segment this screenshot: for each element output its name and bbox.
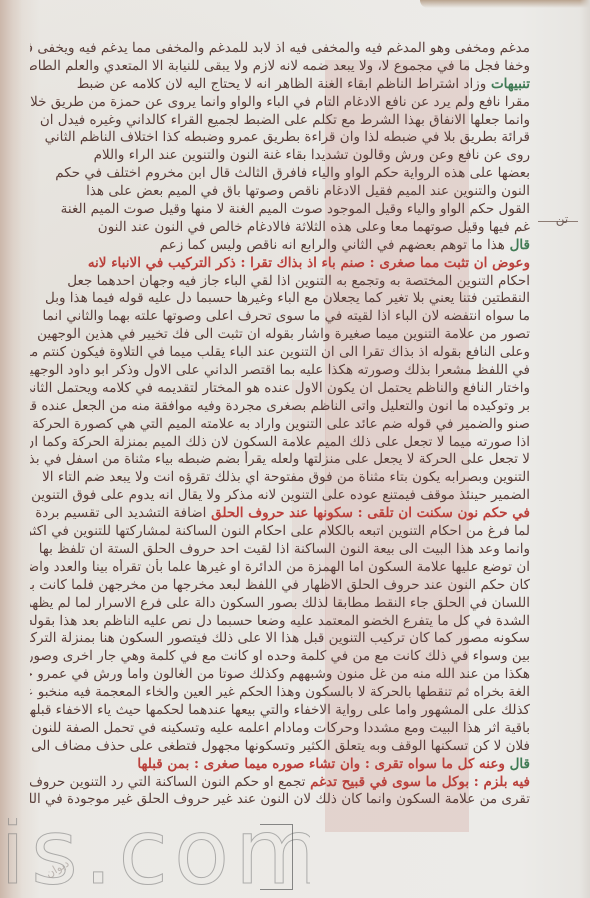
manuscript-line: تقرى من علامة السكون وانما كان ذلك لان ا… [30, 791, 530, 809]
line-text: ما سواه انتفضه لان الباء اذا لقيته في ما… [43, 308, 530, 324]
section-heading: تنبيهات [486, 76, 530, 92]
line-text: وعنه كل ما سواه تقرى : وان تشاء صوره ميم… [137, 756, 505, 772]
line-text: غم فيها وقيل صوتهما معا وعلى هذه الثلاثة… [98, 219, 530, 235]
manuscript-line: بعضها على هذه الرواية حكم الواو والياء ف… [30, 165, 530, 183]
line-text: فلان لا كن تسكنها الوقف وبه يتعلق الكثير… [30, 738, 530, 754]
manuscript-line: احكام التنوين المختصة به وتجمع به التنوي… [30, 273, 530, 291]
manuscript-line: في حكم نون سكنت ان تلقى : سكونها عند حرو… [30, 505, 530, 523]
margin-note: تن [540, 212, 584, 226]
section-heading: قال [505, 237, 530, 253]
manuscript-line: ان توضع عليها علامة السكون اما الهمزة من… [30, 559, 530, 577]
manuscript-line: تصور من علامة التنوين ميما صغيرة واشار ب… [30, 326, 530, 344]
manuscript-line: وخفا فجل ما في مجموع لا، ولا يبعد ضمه لا… [30, 58, 530, 76]
manuscript-line: القول حكم الواو والياء وقيل الموجود صوت … [30, 201, 530, 219]
line-text: مدغم ومخفى وهو المدغم فيه والمخفى فيه اذ… [30, 40, 530, 56]
manuscript-line: سكونه مصور كما كان تركيب التنوين قبل هذا… [30, 630, 530, 648]
line-text: وعوض ان تثبت مما صغرى : صنم باء اذ بذاك … [88, 255, 530, 271]
manuscript-line: بر وتوكيده ما انون والتعليل واتى الناظم … [30, 398, 530, 416]
manuscript-line: وانما جعلها الانفاق بهذا الشرط مع تكلم ع… [30, 112, 530, 130]
manuscript-line: باقية اثر هذا البيت ومع مشددا وحركات وما… [30, 720, 530, 738]
line-text: قرائة بطريق بلا في ضبطه لذا وان قراءة بط… [45, 129, 530, 145]
line-text: كان حكم النون عند حروف الحلق الاظهار في … [30, 577, 530, 593]
line-text: في اللفظ مشعرا بذلك وصورته هكذا عليه بما… [30, 362, 530, 378]
line-text: وزاد اشتراط الناظم ابقاء الغنة الظاهر ان… [77, 76, 487, 92]
manuscript-line: مقرا نافع ولم يرد عن نافع الادغام التام … [30, 94, 530, 112]
manuscript-line: واختار النافع والناظم يحتمل ان يكون الاو… [30, 380, 530, 398]
manuscript-line: التنوين وبصرابه يكون بتاء مثناة من فوق م… [30, 469, 530, 487]
line-text: وعلى النافع بقوله اذ بذاك تقرا الى ان ال… [30, 344, 530, 360]
manuscript-line: غم فيها وقيل صوتهما معا وعلى هذه الثلاثة… [30, 219, 530, 237]
line-text: وخفا فجل ما في مجموع لا، ولا يبعد ضمه لا… [30, 58, 530, 74]
line-text: وانما جعلها الانفاق بهذا الشرط مع تكلم ع… [40, 112, 530, 128]
manuscript-line: كذلك على المشهور واما على رواية الاخفاء … [30, 702, 530, 720]
manuscript-line: لما فرغ من احكام التنوين اتبعه بالكلام ع… [30, 523, 530, 541]
manuscript-line: كان حكم النون عند حروف الحلق الاظهار في … [30, 577, 530, 595]
line-text: وانما وعد هذا البيت الى بيعة النون الساك… [39, 541, 530, 557]
line-text: بر وتوكيده ما انون والتعليل واتى الناظم … [30, 398, 530, 414]
manuscript-page: مدغم ومخفى وهو المدغم فيه والمخفى فيه اذ… [0, 0, 590, 898]
line-text: تقرى من علامة السكون وانما كان ذلك لان ا… [30, 791, 530, 807]
rubric-text: فيه بلزم : بوكل ما سوى في قبيح تدغم [305, 774, 530, 790]
manuscript-line: لا تجعل على الحركة لا يجعل على منزلتها و… [30, 451, 530, 469]
manuscript-line: النون والتنوين عند الميم فقيل الادغام نا… [30, 183, 530, 201]
line-text: بعضها على هذه الرواية حكم الواو والياء ف… [55, 165, 530, 181]
section-heading: قال [505, 756, 530, 772]
line-text: الضمير حينئذ موقف فيمتنع عوده على التنوي… [30, 487, 530, 503]
line-text: هذا ما توهم بعضهم في الثاني والرابع انه … [160, 237, 505, 253]
manuscript-line: اللسان في الحلق جاء النقط مطابقا لذلك بص… [30, 595, 530, 613]
line-text: واختار النافع والناظم يحتمل ان يكون الاو… [30, 380, 530, 396]
line-text: احكام التنوين المختصة به وتجمع به التنوي… [67, 273, 530, 289]
manuscript-line: قرائة بطريق بلا في ضبطه لذا وان قراءة بط… [30, 129, 530, 147]
line-text: ان توضع عليها علامة السكون اما الهمزة من… [30, 559, 530, 575]
line-text: لما فرغ من احكام التنوين اتبعه بالكلام ع… [30, 523, 530, 539]
manuscript-line: الضمير حينئذ موقف فيمتنع عوده على التنوي… [30, 487, 530, 505]
manuscript-line: الشدة في كل ما يتفرع الخضو المعتمد عليه … [30, 613, 530, 631]
manuscript-line: بين وسواء في ذلك كانت مع من في كلمة وحده… [30, 648, 530, 666]
right-page-shadow [580, 0, 590, 898]
line-text: الغة بخراه ثم تنقطها بالحركة لا بالسكون … [30, 684, 530, 700]
manuscript-line: وعوض ان تثبت مما صغرى : صنم باء اذ بذاك … [30, 255, 530, 273]
line-text: التنوين وبصرابه يكون بتاء مثناة من فوق م… [42, 469, 530, 485]
manuscript-line: فلان لا كن تسكنها الوقف وبه يتعلق الكثير… [30, 738, 530, 756]
watermark-frame [260, 824, 293, 890]
manuscript-line: قال هذا ما توهم بعضهم في الثاني والرابع … [30, 237, 530, 255]
manuscript-line: في اللفظ مشعرا بذلك وصورته هكذا عليه بما… [30, 362, 530, 380]
manuscript-line: روى عن نافع وعن ورش وقالون تشديدا بقاء غ… [30, 147, 530, 165]
line-text: بين وسواء في ذلك كانت مع من في كلمة وحده… [30, 648, 530, 664]
line-text: سكونه مصور كما كان تركيب التنوين قبل هذا… [30, 630, 530, 646]
manuscript-line: تنبيهات وزاد اشتراط الناظم ابقاء الغنة ا… [30, 76, 530, 94]
manuscript-line: هكذا من عند الله منه من غل منون وشبههم و… [30, 666, 530, 684]
manuscript-line: النقطتين فتنا يعني بلا تغير كما يجعلان م… [30, 290, 530, 308]
manuscript-line: ما سواه انتفضه لان الباء اذا لقيته في ما… [30, 308, 530, 326]
line-text: اضافة التشديد الى تقسيم بردة [35, 505, 206, 521]
line-text: كذلك على المشهور واما على رواية الاخفاء … [30, 702, 530, 718]
line-text: تجمع او حكم النون الساكنة التي رد التنوي… [30, 774, 305, 790]
manuscript-line: الغة بخراه ثم تنقطها بالحركة لا بالسكون … [30, 684, 530, 702]
manuscript-line: صنو والضمير في قوله ضم عائد على التنوين … [30, 416, 530, 434]
manuscript-line: اذا صورته ميما لا تجعل على ذلك الميم علا… [30, 434, 530, 452]
manuscript-line: وانما وعد هذا البيت الى بيعة النون الساك… [30, 541, 530, 559]
line-text: تصور من علامة التنوين ميما صغيرة واشار ب… [37, 326, 530, 342]
page-binding-edge [0, 0, 22, 898]
line-text: صنو والضمير في قوله ضم عائد على التنوين … [30, 416, 530, 432]
manuscript-line: فيه بلزم : بوكل ما سوى في قبيح تدغم تجمع… [30, 774, 530, 792]
line-text: هكذا من عند الله منه من غل منون وشبههم و… [30, 666, 530, 682]
line-text: مقرا نافع ولم يرد عن نافع الادغام التام … [30, 94, 530, 110]
line-text: اللسان في الحلق جاء النقط مطابقا لذلك بص… [30, 595, 530, 611]
line-text: اذا صورته ميما لا تجعل على ذلك الميم علا… [30, 434, 530, 450]
rubric-text: في حكم نون سكنت ان تلقى : سكونها عند حرو… [206, 505, 530, 521]
manuscript-text-block: مدغم ومخفى وهو المدغم فيه والمخفى فيه اذ… [30, 40, 530, 809]
top-edge-stain [420, 0, 590, 8]
manuscript-line: مدغم ومخفى وهو المدغم فيه والمخفى فيه اذ… [30, 40, 530, 58]
line-text: القول حكم الواو والياء وقيل الموجود صوت … [61, 201, 530, 217]
line-text: النقطتين فتنا يعني بلا تغير كما يجعلان م… [45, 290, 530, 306]
line-text: النون والتنوين عند الميم فقيل الادغام نا… [86, 183, 530, 199]
line-text: الشدة في كل ما يتفرع الخضو المعتمد عليه … [30, 613, 530, 629]
line-text: لا تجعل على الحركة لا يجعل على منزلتها و… [30, 451, 530, 467]
line-text: روى عن نافع وعن ورش وقالون تشديدا بقاء غ… [94, 147, 530, 163]
manuscript-line: وعلى النافع بقوله اذ بذاك تقرا الى ان ال… [30, 344, 530, 362]
manuscript-line: قال وعنه كل ما سواه تقرى : وان تشاء صوره… [30, 756, 530, 774]
line-text: باقية اثر هذا البيت ومع مشددا وحركات وما… [30, 720, 530, 736]
